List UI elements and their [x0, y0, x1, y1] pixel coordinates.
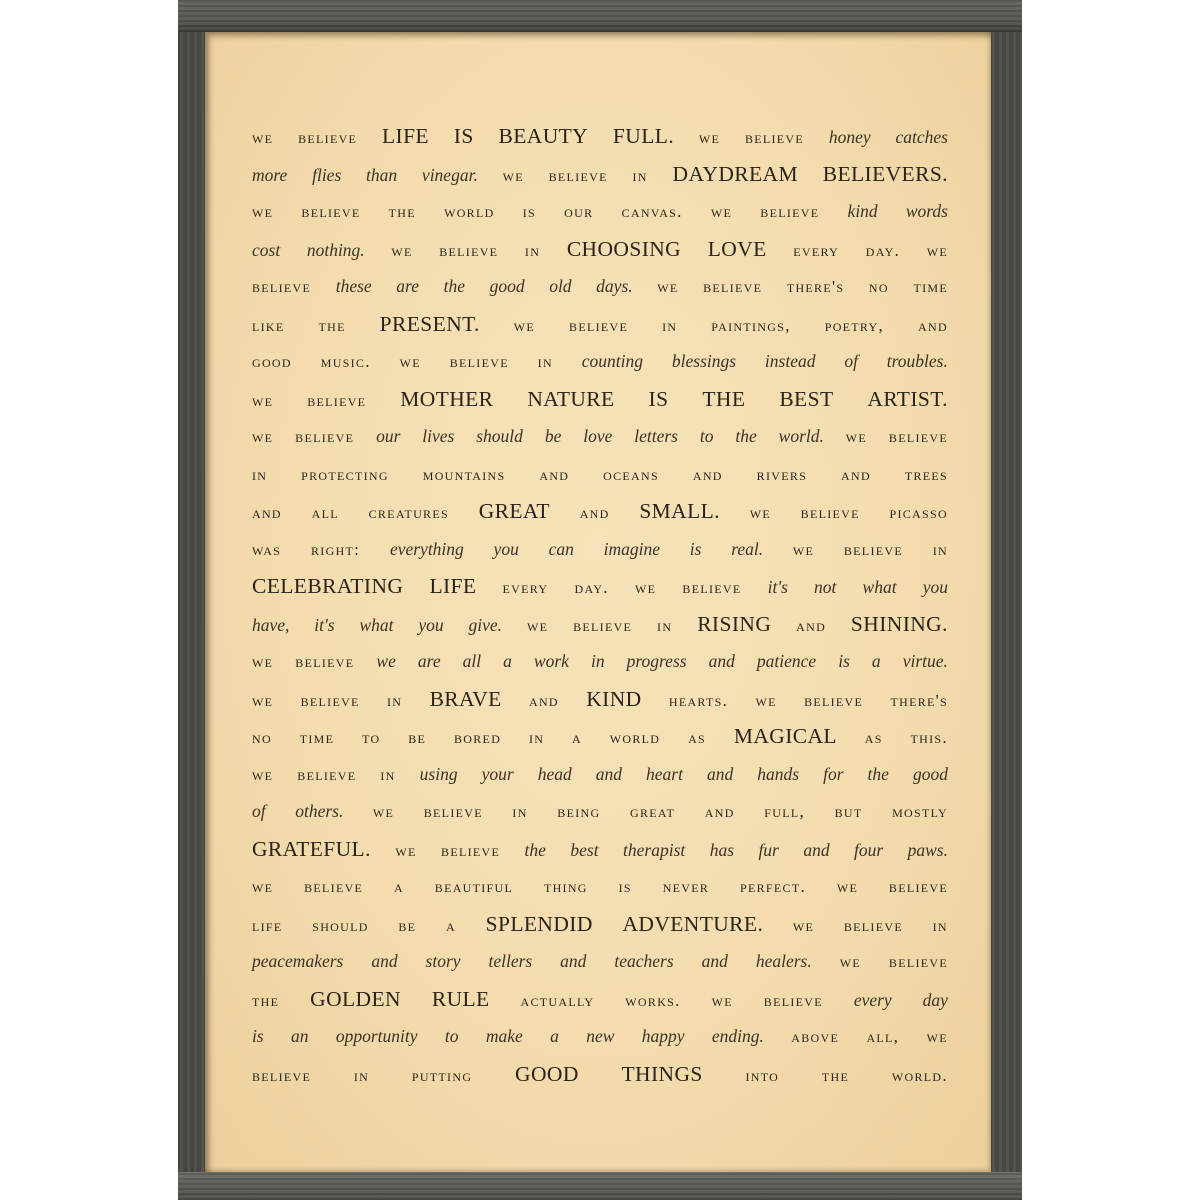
smallcaps-word: BELIEVE [760, 193, 819, 231]
italic-word: and [560, 943, 586, 981]
smallcaps-word: BELIEVE [295, 418, 354, 456]
smallcaps-word: PERFECT. [740, 868, 806, 906]
text-line: have,it'swhatyougive.WEBELIEVEINRISINGAN… [252, 606, 948, 644]
smallcaps-word: LIKE [252, 307, 285, 345]
italic-word: it's [314, 607, 334, 645]
smallcaps-word: THE [389, 193, 416, 231]
text-line: WEBELIEVEMOTHERNATUREISTHEBESTARTIST. [252, 381, 948, 419]
smallcaps-word: WE [252, 682, 273, 720]
smallcaps-word: IN [657, 607, 672, 645]
italic-word: good [913, 756, 948, 794]
italic-word: you [418, 607, 443, 645]
smallcaps-word: WE [657, 268, 678, 306]
smallcaps-word: CREATURES [369, 494, 449, 532]
italic-word: opportunity [336, 1018, 418, 1056]
smallcaps-word: DAY. [866, 232, 900, 270]
smallcaps-word: AND [918, 307, 948, 345]
italic-word: the [868, 756, 889, 794]
text-line: BELIEVEthesearethegoodolddays.WEBELIEVET… [252, 268, 948, 306]
italic-word: it's [768, 569, 788, 607]
smallcaps-word: BELIEVE [569, 307, 628, 345]
smallcaps-word: MOUNTAINS [423, 456, 506, 494]
smallcaps-word: WE [252, 868, 273, 906]
smallcaps-word: EVERY [793, 232, 839, 270]
smallcaps-word: WE [514, 307, 535, 345]
smallcaps-word: MOSTLY [892, 793, 948, 831]
smallcaps-word: BUT [835, 793, 863, 831]
smallcaps-word: WE [927, 1018, 948, 1056]
italic-word: for [823, 756, 843, 794]
smallcaps-word: WE [373, 793, 394, 831]
text-line: WEBELIEVETHEWORLDISOURCANVAS.WEBELIEVEki… [252, 193, 948, 231]
smallcaps-word: BEING [557, 793, 600, 831]
italic-word: four [854, 832, 883, 870]
italic-word: paws. [908, 832, 948, 870]
italic-word: tellers [488, 943, 532, 981]
italic-word: world. [779, 418, 824, 456]
text-line: WEBELIEVEourlivesshouldbeloveletterstoth… [252, 418, 948, 456]
smallcaps-word: TIME [913, 268, 948, 306]
text-line: peacemakersandstorytellersandteachersand… [252, 943, 948, 981]
italic-word: happy [642, 1018, 685, 1056]
italic-word: are [418, 643, 441, 681]
italic-word: the [444, 268, 465, 306]
italic-word: be [545, 418, 562, 456]
smallcaps-word: TIME [300, 719, 335, 757]
text-line: CELEBRATINGLIFEEVERYDAY.WEBELIEVEit'snot… [252, 568, 948, 606]
smallcaps-word: PROTECTING [301, 456, 389, 494]
emphasis-word: THINGS [622, 1056, 703, 1094]
emphasis-word: MOTHER [400, 381, 493, 419]
smallcaps-word: IN [387, 682, 402, 720]
text-line: WEBELIEVEweareallaworkinprogressandpatie… [252, 643, 948, 681]
italic-word: not [814, 569, 836, 607]
italic-word: more [252, 157, 287, 195]
italic-word: is [252, 1018, 264, 1056]
smallcaps-word: IN [512, 793, 527, 831]
smallcaps-word: BELIEVE [844, 907, 903, 945]
emphasis-word: FULL. [613, 118, 674, 156]
frame-bottom-rail [178, 1172, 1022, 1200]
smallcaps-word: AND [705, 793, 735, 831]
emphasis-word: ARTIST. [867, 381, 948, 419]
italic-word: is [838, 643, 850, 681]
smallcaps-word: BE [408, 719, 426, 757]
text-line: WEBELIEVELIFEISBEAUTYFULL.WEBELIEVEhoney… [252, 118, 948, 156]
smallcaps-word: A [572, 719, 582, 757]
smallcaps-word: BELIEVE [804, 682, 863, 720]
smallcaps-word: A [446, 907, 456, 945]
smallcaps-word: IN [380, 756, 395, 794]
italic-word: best [570, 832, 598, 870]
italic-word: real. [731, 531, 763, 569]
italic-word: flies [312, 157, 341, 195]
smallcaps-word: BELIEVE [889, 418, 948, 456]
smallcaps-word: WORLD. [892, 1057, 948, 1095]
smallcaps-word: AND [796, 607, 826, 645]
smallcaps-word: THIS. [911, 719, 948, 757]
text-line: LIFESHOULDBEASPLENDIDADVENTURE.WEBELIEVE… [252, 906, 948, 944]
smallcaps-word: THE [822, 1057, 849, 1095]
italic-word: head [538, 756, 572, 794]
smallcaps-word: BEAUTIFUL [435, 868, 513, 906]
text-line: LIKETHEPRESENT.WEBELIEVEINPAINTINGS,POET… [252, 306, 948, 344]
smallcaps-word: THE [252, 982, 279, 1020]
italic-word: all [463, 643, 481, 681]
smallcaps-word: IN [529, 719, 544, 757]
italic-word: these [336, 268, 372, 306]
italic-word: a [550, 1018, 559, 1056]
italic-word: nothing. [307, 232, 365, 270]
smallcaps-word: NEVER [663, 868, 710, 906]
smallcaps-word: IN [252, 456, 267, 494]
smallcaps-word: WORLD [444, 193, 495, 231]
italic-word: cost [252, 232, 280, 270]
smallcaps-word: FULL, [764, 793, 805, 831]
italic-word: using [420, 756, 458, 794]
italic-word: has [710, 832, 734, 870]
italic-word: and [371, 943, 397, 981]
smallcaps-word: BELIEVE [801, 494, 860, 532]
smallcaps-word: BELIEVE [745, 119, 804, 157]
smallcaps-word: BORED [454, 719, 501, 757]
italic-word: honey [829, 119, 871, 157]
italic-word: you [494, 531, 519, 569]
italic-word: day [923, 982, 948, 1020]
smallcaps-word: ALL, [866, 1018, 899, 1056]
smallcaps-word: WE [395, 832, 416, 870]
smallcaps-word: WE [252, 119, 273, 157]
smallcaps-word: ACTUALLY [521, 982, 595, 1020]
italic-word: everything [390, 531, 464, 569]
italic-word: we [376, 643, 395, 681]
italic-word: story [426, 943, 461, 981]
smallcaps-word: BELIEVE [889, 868, 948, 906]
smallcaps-word: WE [793, 907, 814, 945]
smallcaps-word: WE [252, 643, 273, 681]
text-line: NOTIMETOBEBOREDINAWORLDASMAGICALASTHIS. [252, 718, 948, 756]
smallcaps-word: PUTTING [412, 1057, 472, 1095]
smallcaps-word: WAS [252, 531, 281, 569]
smallcaps-word: PICASSO [889, 494, 947, 532]
emphasis-word: LOVE [708, 231, 767, 269]
smallcaps-word: THERE'S [890, 682, 948, 720]
smallcaps-word: EVERY [503, 569, 549, 607]
smallcaps-word: WE [712, 982, 733, 1020]
italic-word: heart [646, 756, 683, 794]
smallcaps-word: IN [538, 343, 553, 381]
text-line: THEGOLDENRULEACTUALLYWORKS.WEBELIEVEever… [252, 981, 948, 1019]
italic-word: healers. [756, 943, 812, 981]
smallcaps-word: WE [793, 531, 814, 569]
smallcaps-word: BELIEVE [844, 531, 903, 569]
text-line: WEBELIEVEABEAUTIFULTHINGISNEVERPERFECT.W… [252, 868, 948, 906]
italic-word: days. [596, 268, 632, 306]
italic-word: kind [848, 193, 878, 231]
smallcaps-word: AND [693, 456, 723, 494]
smallcaps-word: AND [580, 494, 610, 532]
smallcaps-word: BELIEVE [297, 756, 356, 794]
italic-word: counting [582, 343, 643, 381]
smallcaps-word: THING [544, 868, 588, 906]
emphasis-word: SPLENDID [486, 906, 593, 944]
italic-word: old [549, 268, 571, 306]
emphasis-word: SHINING. [851, 606, 948, 644]
smallcaps-word: WE [400, 343, 421, 381]
smallcaps-word: WE [711, 193, 732, 231]
smallcaps-word: BELIEVE [682, 569, 741, 607]
italic-word: a [503, 643, 512, 681]
smallcaps-word: OUR [564, 193, 593, 231]
emphasis-word: GRATEFUL. [252, 831, 371, 869]
italic-word: what [359, 607, 393, 645]
smallcaps-word: IN [662, 307, 677, 345]
italic-word: a [872, 643, 881, 681]
text-line: costnothing.WEBELIEVEINCHOOSINGLOVEEVERY… [252, 231, 948, 269]
italic-word: blessings [672, 343, 736, 381]
smallcaps-word: GREAT [630, 793, 675, 831]
smallcaps-word: WE [846, 418, 867, 456]
italic-word: good [490, 268, 525, 306]
emphasis-word: CELEBRATING [252, 568, 403, 606]
emphasis-word: BEST [779, 381, 833, 419]
text-line: WEBELIEVEINusingyourheadandheartandhands… [252, 756, 948, 794]
emphasis-word: PRESENT. [380, 306, 480, 344]
smallcaps-word: A [394, 868, 404, 906]
italic-word: every [854, 982, 892, 1020]
manifesto-print: WEBELIEVELIFEISBEAUTYFULL.WEBELIEVEhoney… [205, 32, 991, 1172]
smallcaps-word: BELIEVE [252, 1057, 311, 1095]
smallcaps-word: BELIEVE [549, 157, 608, 195]
italic-word: and [702, 943, 728, 981]
italic-word: and [707, 756, 733, 794]
emphasis-word: BRAVE [430, 681, 502, 719]
smallcaps-word: BELIEVE [304, 868, 363, 906]
smallcaps-word: IS [619, 868, 632, 906]
smallcaps-word: RIVERS [757, 456, 807, 494]
smallcaps-word: IN [525, 232, 540, 270]
emphasis-word: DAYDREAM [673, 156, 798, 194]
italic-word: and [803, 832, 829, 870]
smallcaps-word: IN [933, 531, 948, 569]
italic-word: you [923, 569, 948, 607]
smallcaps-word: MUSIC. [321, 343, 371, 381]
smallcaps-word: TO [362, 719, 380, 757]
italic-word: fur [758, 832, 778, 870]
italic-word: should [476, 418, 523, 456]
smallcaps-word: BELIEVE [450, 343, 509, 381]
italic-word: the [735, 418, 756, 456]
smallcaps-word: BELIEVE [252, 268, 311, 306]
smallcaps-word: AS [865, 719, 883, 757]
smallcaps-word: SHOULD [312, 907, 368, 945]
smallcaps-word: WE [837, 868, 858, 906]
smallcaps-word: LIFE [252, 907, 283, 945]
text-line: morefliesthanvinegar.WEBELIEVEINDAYDREAM… [252, 156, 948, 194]
emphasis-word: ADVENTURE. [622, 906, 763, 944]
smallcaps-word: WORKS. [625, 982, 680, 1020]
smallcaps-word: INTO [746, 1057, 780, 1095]
italic-word: lives [422, 418, 454, 456]
italic-word: than [366, 157, 397, 195]
smallcaps-word: AND [252, 494, 282, 532]
smallcaps-word: AND [539, 456, 569, 494]
text-line: WASRIGHT:everythingyoucanimagineisreal.W… [252, 531, 948, 569]
italic-word: progress [627, 643, 687, 681]
emphasis-word: RISING [697, 606, 771, 644]
smallcaps-word: HEARTS. [669, 682, 728, 720]
emphasis-word: NATURE [527, 381, 614, 419]
italic-word: make [486, 1018, 523, 1056]
italic-word: of [844, 343, 858, 381]
text-line: GOODMUSIC.WEBELIEVEINcountingblessingsin… [252, 343, 948, 381]
italic-word: imagine [604, 531, 660, 569]
smallcaps-word: BELIEVE [703, 268, 762, 306]
italic-word: can [549, 531, 574, 569]
emphasis-word: THE [702, 381, 745, 419]
smallcaps-word: BELIEVE [764, 982, 823, 1020]
frame-top-rail [178, 0, 1022, 32]
smallcaps-word: IS [523, 193, 536, 231]
smallcaps-word: WE [750, 494, 771, 532]
italic-word: to [700, 418, 714, 456]
smallcaps-word: ALL [312, 494, 339, 532]
italic-word: an [291, 1018, 309, 1056]
text-line: INPROTECTINGMOUNTAINSANDOCEANSANDRIVERSA… [252, 456, 948, 494]
emphasis-word: LIFE [429, 568, 476, 606]
smallcaps-word: BELIEVE [573, 607, 632, 645]
smallcaps-word: DAY. [575, 569, 609, 607]
smallcaps-word: NO [252, 719, 272, 757]
italic-word: peacemakers [252, 943, 343, 981]
smallcaps-word: BELIEVE [301, 193, 360, 231]
smallcaps-word: AND [841, 456, 871, 494]
smallcaps-word: POETRY, [825, 307, 884, 345]
text-line: isanopportunitytomakeanewhappyending.ABO… [252, 1018, 948, 1056]
italic-word: our [376, 418, 400, 456]
smallcaps-word: WE [755, 682, 776, 720]
emphasis-word: GOLDEN [310, 981, 401, 1019]
smallcaps-word: WE [252, 193, 273, 231]
italic-word: others. [295, 793, 343, 831]
smallcaps-word: PAINTINGS, [711, 307, 790, 345]
italic-word: hands [757, 756, 799, 794]
smallcaps-word: WE [252, 418, 273, 456]
emphasis-word: CHOOSING [567, 231, 681, 269]
italic-word: words [906, 193, 948, 231]
smallcaps-word: WE [252, 756, 273, 794]
emphasis-word: IS [649, 381, 669, 419]
emphasis-word: GOOD [515, 1056, 579, 1094]
emphasis-word: LIFE [382, 118, 429, 156]
italic-word: ending. [712, 1018, 764, 1056]
smallcaps-word: AS [688, 719, 706, 757]
smallcaps-word: TREES [905, 456, 948, 494]
italic-word: instead [765, 343, 816, 381]
italic-word: troubles. [887, 343, 948, 381]
smallcaps-word: WE [840, 943, 861, 981]
smallcaps-word: BELIEVE [301, 682, 360, 720]
italic-word: therapist [623, 832, 685, 870]
text-line: GRATEFUL.WEBELIEVEthebesttherapisthasfur… [252, 831, 948, 869]
smallcaps-word: THERE'S [787, 268, 845, 306]
smallcaps-word: BE [398, 907, 416, 945]
emphasis-word: IS [454, 118, 474, 156]
italic-word: teachers [614, 943, 673, 981]
smallcaps-word: BELIEVE [889, 943, 948, 981]
smallcaps-word: NO [869, 268, 889, 306]
italic-word: letters [634, 418, 678, 456]
smallcaps-word: IN [632, 157, 647, 195]
smallcaps-word: WE [527, 607, 548, 645]
smallcaps-word: BELIEVE [295, 643, 354, 681]
italic-word: give. [469, 607, 503, 645]
emphasis-word: RULE [432, 981, 490, 1019]
italic-word: have, [252, 607, 289, 645]
emphasis-word: BEAUTY [499, 118, 589, 156]
smallcaps-word: RIGHT: [311, 531, 360, 569]
italic-word: patience [757, 643, 816, 681]
emphasis-word: KIND [586, 681, 641, 719]
emphasis-word: GREAT [479, 493, 550, 531]
italic-word: vinegar. [422, 157, 478, 195]
smallcaps-word: WE [252, 382, 273, 420]
smallcaps-word: BELIEVE [298, 119, 357, 157]
smallcaps-word: BELIEVE [424, 793, 483, 831]
italic-word: in [591, 643, 605, 681]
italic-word: to [445, 1018, 459, 1056]
smallcaps-word: WE [635, 569, 656, 607]
smallcaps-word: BELIEVE [439, 232, 498, 270]
smallcaps-word: GOOD [252, 343, 292, 381]
italic-word: your [482, 756, 514, 794]
italic-word: and [709, 643, 735, 681]
italic-word: the [525, 832, 546, 870]
italic-word: virtue. [903, 643, 948, 681]
smallcaps-word: AND [529, 682, 559, 720]
emphasis-word: SMALL. [639, 493, 720, 531]
manifesto-text: WEBELIEVELIFEISBEAUTYFULL.WEBELIEVEhoney… [252, 118, 948, 1093]
smallcaps-word: THE [318, 307, 345, 345]
italic-word: is [690, 531, 702, 569]
smallcaps-word: BELIEVE [307, 382, 366, 420]
italic-word: and [596, 756, 622, 794]
smallcaps-word: CANVAS. [622, 193, 683, 231]
italic-word: are [396, 268, 419, 306]
italic-word: new [586, 1018, 614, 1056]
italic-word: of [252, 793, 266, 831]
smallcaps-word: WE [391, 232, 412, 270]
italic-word: catches [895, 119, 947, 157]
text-line: ofothers.WEBELIEVEINBEINGGREATANDFULL,BU… [252, 793, 948, 831]
italic-word: what [863, 569, 897, 607]
emphasis-word: BELIEVERS. [823, 156, 948, 194]
text-line: BELIEVEINPUTTINGGOODTHINGSINTOTHEWORLD. [252, 1056, 948, 1094]
text-line: ANDALLCREATURESGREATANDSMALL.WEBELIEVEPI… [252, 493, 948, 531]
smallcaps-word: WE [699, 119, 720, 157]
emphasis-word: MAGICAL [734, 718, 837, 756]
smallcaps-word: IN [354, 1057, 369, 1095]
smallcaps-word: WE [927, 232, 948, 270]
smallcaps-word: BELIEVE [441, 832, 500, 870]
smallcaps-word: WE [503, 157, 524, 195]
smallcaps-word: OCEANS [603, 456, 659, 494]
smallcaps-word: IN [933, 907, 948, 945]
italic-word: work [534, 643, 569, 681]
smallcaps-word: WORLD [610, 719, 661, 757]
text-line: WEBELIEVEINBRAVEANDKINDHEARTS.WEBELIEVET… [252, 681, 948, 719]
smallcaps-word: ABOVE [791, 1018, 839, 1056]
